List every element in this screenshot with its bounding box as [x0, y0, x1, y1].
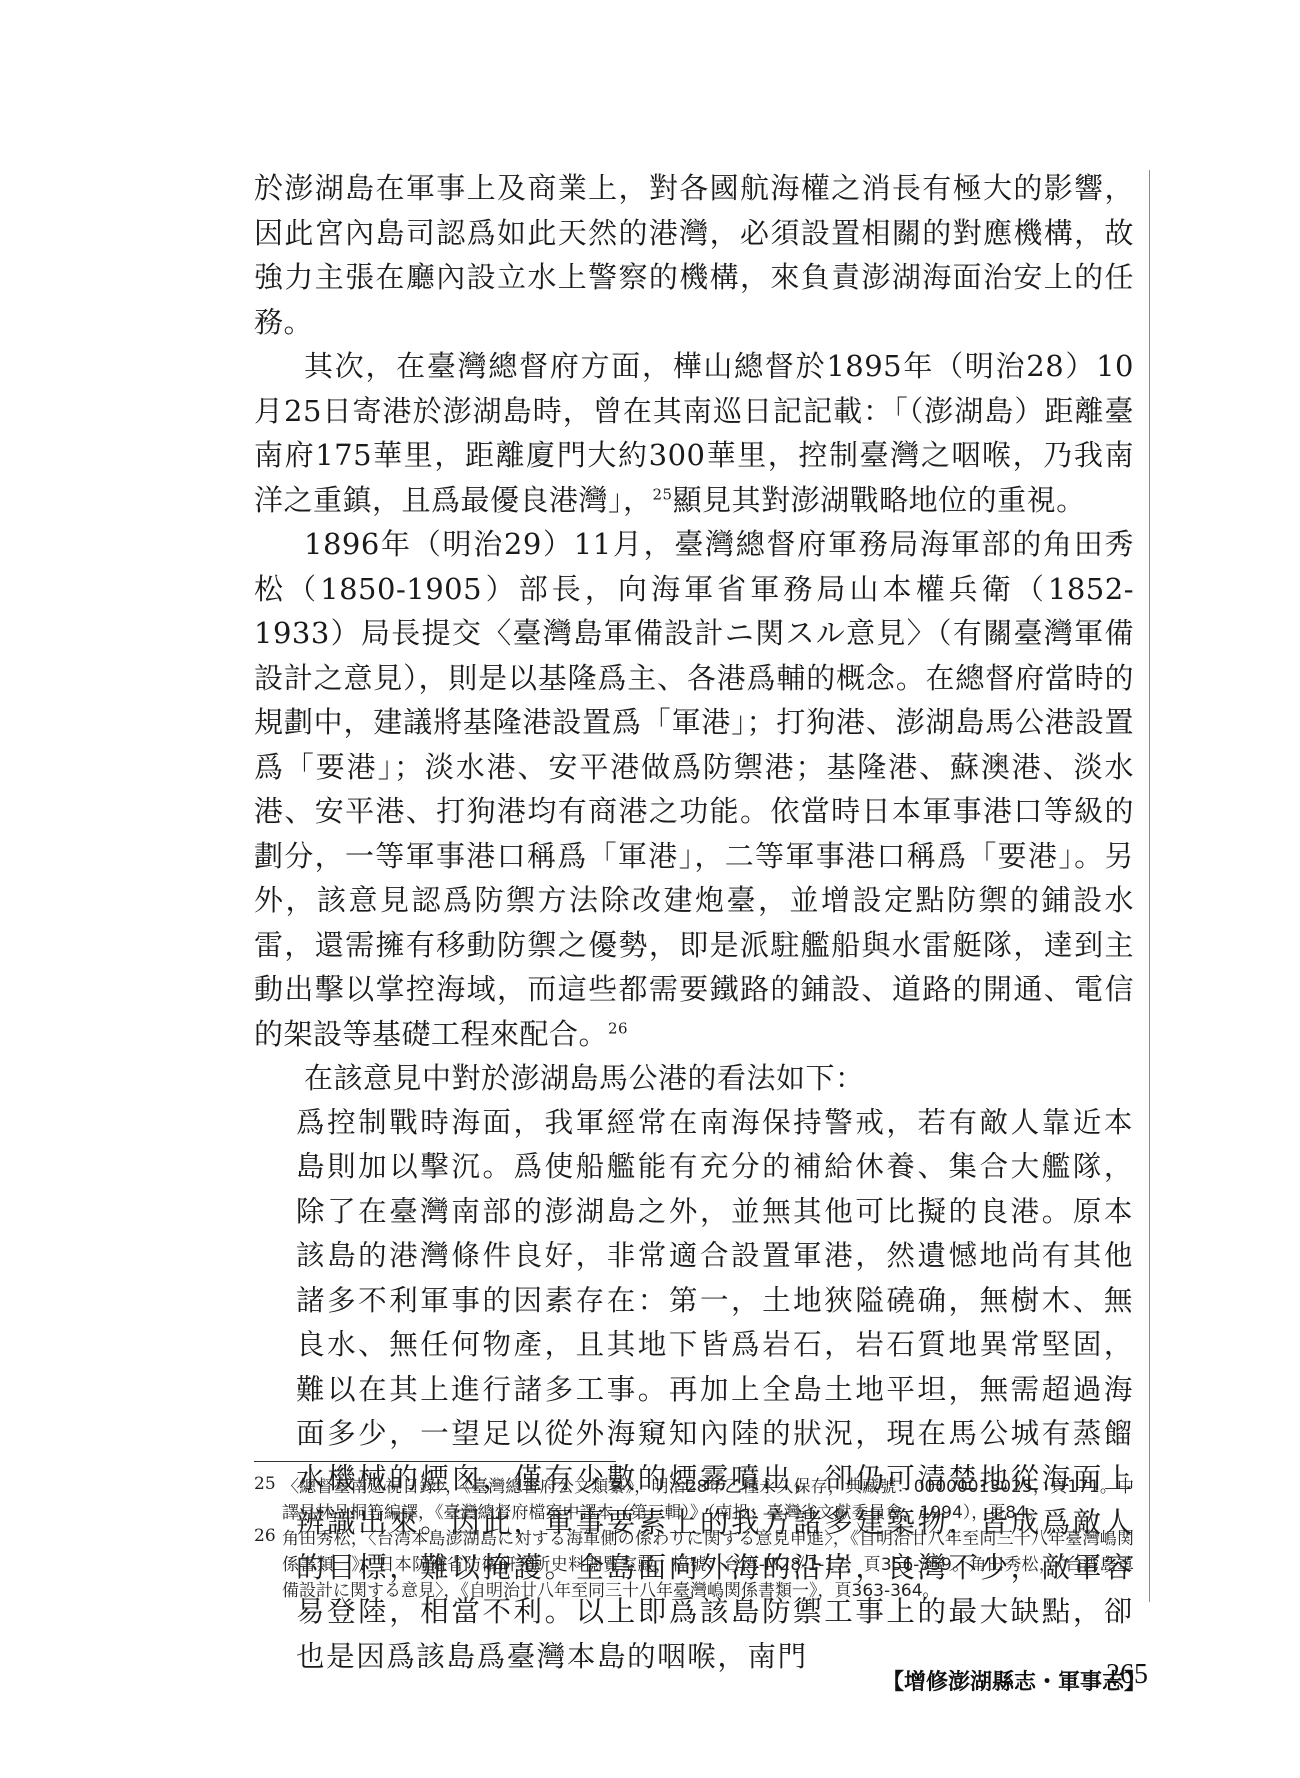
paragraph-2: 其次，在臺灣總督府方面，樺山總督於1895年（明治28）10月25日寄港於澎湖島… — [254, 344, 1134, 522]
footnote-text: 角田秀松，〈台湾本島澎湖島に対する海軍側の係わりに関する意見申進〉，《自明治廿八… — [282, 1529, 1134, 1601]
paragraph-4-text: 在該意見中對於澎湖島馬公港的看法如下： — [304, 1061, 865, 1095]
footnote-25: 25 〈總督臺南巡視日錄〉，《臺灣總督府公文類纂》，明治28年乙種永久保存，典藏… — [254, 1474, 1134, 1526]
footnote-ref-25[interactable]: 25 — [653, 485, 673, 503]
paragraph-2-text-after: 顯見其對澎湖戰略地位的重視。 — [673, 483, 1086, 517]
page-number: 265 — [1106, 1659, 1148, 1691]
footnote-ref-26[interactable]: 26 — [608, 1019, 628, 1037]
margin-vertical-rule — [1149, 170, 1150, 1602]
footnotes-section: 25 〈總督臺南巡視日錄〉，《臺灣總督府公文類纂》，明治28年乙種永久保存，典藏… — [254, 1474, 1134, 1604]
paragraph-1: 於澎湖島在軍事上及商業上，對各國航海權之消長有極大的影響，因此宮內島司認爲如此天… — [254, 166, 1134, 344]
footnote-text: 〈總督臺南巡視日錄〉，《臺灣總督府公文類纂》，明治28年乙種永久保存，典藏號：0… — [282, 1477, 1134, 1523]
main-body-text: 於澎湖島在軍事上及商業上，對各國航海權之消長有極大的影響，因此宮內島司認爲如此天… — [254, 166, 1134, 1679]
footnote-number: 25 — [254, 1471, 276, 1497]
footnote-number: 26 — [254, 1523, 276, 1549]
footnote-26: 26 角田秀松，〈台湾本島澎湖島に対する海軍側の係わりに関する意見申進〉，《自明… — [254, 1526, 1134, 1604]
paragraph-3: 1896年（明治29）11月，臺灣總督府軍務局海軍部的角田秀松（1850-190… — [254, 522, 1134, 1056]
paragraph-1-text: 於澎湖島在軍事上及商業上，對各國航海權之消長有極大的影響，因此宮內島司認爲如此天… — [254, 171, 1134, 339]
footnote-separator — [254, 1461, 616, 1462]
paragraph-4: 在該意見中對於澎湖島馬公港的看法如下： — [254, 1056, 1134, 1101]
paragraph-3-text: 1896年（明治29）11月，臺灣總督府軍務局海軍部的角田秀松（1850-190… — [254, 527, 1134, 1051]
